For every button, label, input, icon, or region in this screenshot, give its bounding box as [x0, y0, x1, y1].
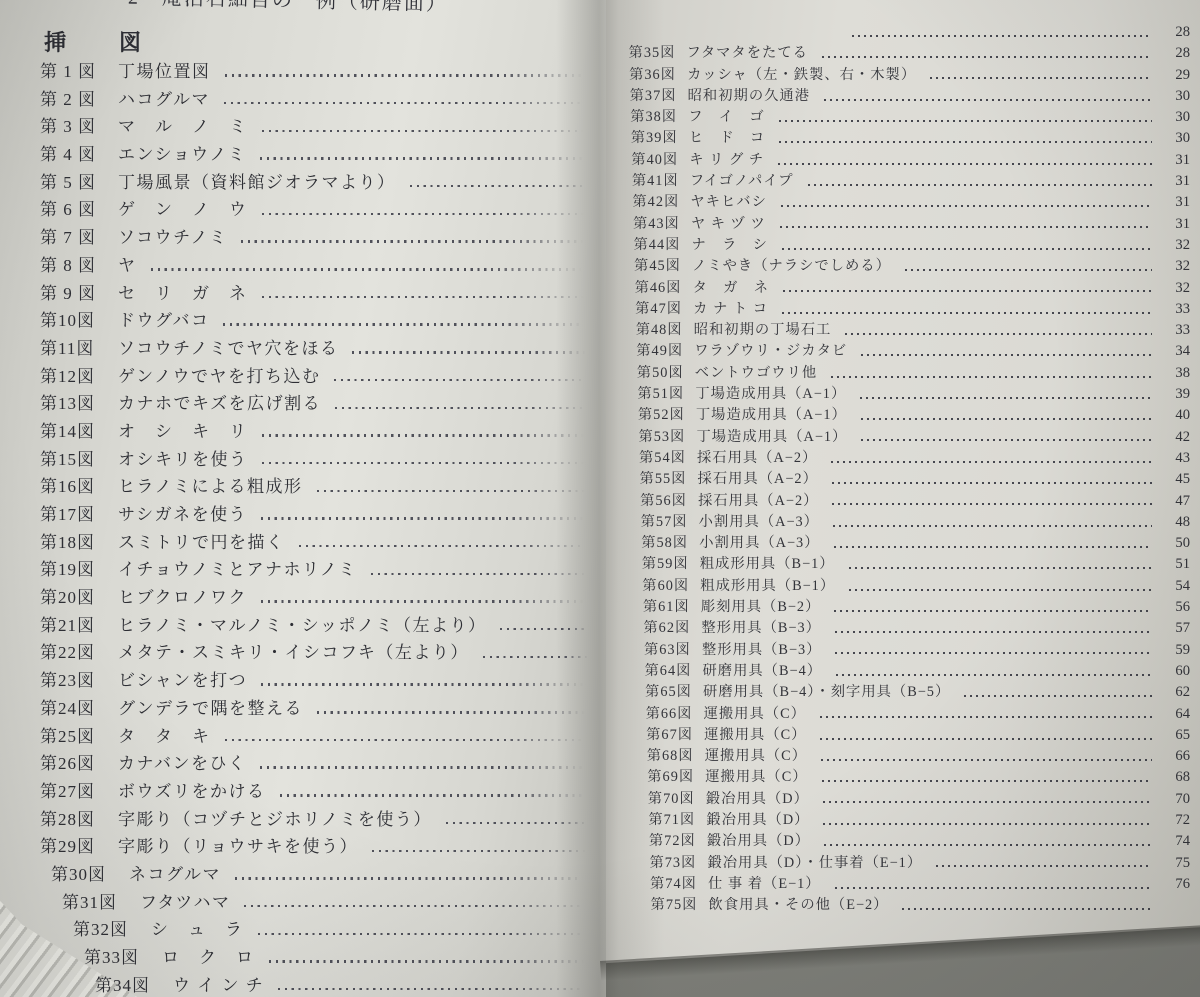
toc-row: 第72図鍛冶用具（D）74 [649, 831, 1190, 852]
toc-row: 第41図フイゴノパイプ31 [632, 171, 1190, 192]
page-number: 51 [1158, 554, 1190, 575]
dot-leader [280, 794, 591, 796]
figure-title: 小割用具（A−3） [699, 512, 825, 533]
page-number: 32 [1158, 256, 1190, 277]
dot-leader [372, 850, 590, 852]
toc-row: 第47図カ ナ ト コ33 [635, 299, 1190, 320]
dot-leader [861, 418, 1152, 420]
page-number: 72 [1158, 810, 1190, 831]
toc-row: 第23図ビシャンを打つ [40, 667, 596, 695]
figure-title: ヒラノミ・マルノミ・シッポノミ（左より） [118, 612, 492, 640]
page-number: 56 [1158, 597, 1190, 618]
toc-row: 第18図スミトリで円を描く [40, 529, 596, 557]
figure-number: 第52図 [638, 405, 696, 426]
figure-title: フ イ ゴ [688, 107, 770, 128]
page-number: 28 [1158, 22, 1190, 43]
toc-row: 第55図採石用具（A−2）45 [640, 469, 1190, 490]
dot-leader [902, 908, 1152, 910]
figure-number: 第 8 図 [40, 252, 118, 280]
figure-number: 第25図 [40, 723, 118, 751]
figure-title: スミトリで円を描く [118, 529, 291, 557]
toc-row: 第19図イチョウノミとアナホリノミ [40, 556, 596, 584]
dot-leader [299, 545, 591, 547]
figure-number: 第31図 [62, 889, 140, 917]
page-number: 30 [1158, 86, 1190, 107]
dot-leader [808, 184, 1153, 186]
figure-title: オシキリを使う [118, 446, 254, 474]
dot-leader [782, 248, 1152, 250]
figure-number: 第27図 [40, 778, 118, 806]
figure-number: 第 7 図 [40, 224, 118, 252]
figure-number: 第 5 図 [40, 169, 118, 197]
figure-title: 飲食用具・その他（E−2） [709, 895, 895, 916]
toc-row: 第 6 図ゲ ン ノ ウ [40, 196, 596, 224]
figure-title: メタテ・スミキリ・イシコフキ（左より） [118, 639, 475, 667]
dot-leader [849, 567, 1152, 569]
page-number: 60 [1158, 661, 1190, 682]
figure-title: ソコウチノミでヤ穴をほる [118, 335, 344, 363]
dot-leader [845, 333, 1152, 335]
figure-number: 第 4 図 [40, 141, 118, 169]
dot-leader [225, 739, 591, 741]
dot-leader [783, 290, 1152, 292]
figure-number: 第 9 図 [40, 280, 118, 308]
toc-row: 第64図研磨用具（B−4）60 [645, 661, 1191, 682]
page-number: 34 [1158, 341, 1190, 362]
figure-title: マ ル ノ ミ [118, 113, 254, 141]
figure-title: セ リ ガ ネ [118, 280, 254, 308]
dot-leader [483, 656, 590, 658]
figure-title: 粗成形用具（B−1） [700, 554, 841, 575]
toc-row: 第66図運搬用具（C）64 [646, 704, 1190, 725]
page-number: 48 [1158, 512, 1190, 533]
figure-number: 第73図 [649, 853, 707, 874]
page-number: 62 [1158, 682, 1190, 703]
dot-leader [261, 683, 590, 685]
figure-number: 第56図 [640, 491, 698, 512]
dot-leader [260, 766, 590, 768]
figure-title: エンショウノミ [118, 141, 252, 169]
dot-leader [235, 877, 590, 879]
figure-title: ヒブクロノワク [118, 584, 253, 612]
figure-number: 第36図 [629, 65, 687, 86]
dot-leader [260, 157, 590, 159]
toc-row: 第29図字彫り（リョウサキを使う） [40, 833, 596, 861]
toc-row: 第11図ソコウチノミでヤ穴をほる [40, 335, 596, 363]
page-number: 31 [1158, 171, 1190, 192]
page-number: 75 [1158, 853, 1190, 874]
figure-title: 採石用具（A−2） [698, 491, 824, 512]
figure-number: 第55図 [640, 469, 698, 490]
toc-row: 第52図丁場造成用具（A−1）40 [638, 405, 1190, 426]
page-number: 50 [1158, 533, 1190, 554]
page-number: 68 [1158, 767, 1190, 788]
dot-leader [262, 296, 591, 298]
toc-row: 第43図ヤ キ ヅ ツ31 [633, 214, 1190, 235]
book-photo: 2 庵治石細目の一例（研磨面） 挿 図 第 1 図丁場位置図第 2 図ハコグルマ… [0, 0, 1200, 997]
dot-leader [824, 99, 1152, 101]
figure-title: シ ュ ラ [151, 916, 250, 944]
figure-title: フタマタをたてる [687, 43, 814, 64]
figure-title: 丁場位置図 [118, 58, 217, 86]
dot-leader [262, 213, 591, 215]
figure-number: 第50図 [637, 363, 695, 384]
figure-number: 第74図 [650, 874, 708, 895]
toc-row: 第49図ワラゾウリ・ジカタビ34 [636, 341, 1190, 362]
figure-number: 第72図 [649, 831, 707, 852]
dot-leader [823, 801, 1152, 803]
figure-title: ヤ キ ヅ ツ [691, 214, 772, 235]
figure-number: 第32図 [73, 916, 151, 944]
toc-row: 第 1 図丁場位置図 [40, 58, 596, 86]
figure-number: 第63図 [644, 640, 702, 661]
figure-number: 第40図 [631, 150, 689, 171]
page-number: 45 [1158, 469, 1190, 490]
figure-number: 第51図 [637, 384, 695, 405]
figure-number: 第42図 [632, 192, 690, 213]
dot-leader [822, 56, 1152, 58]
toc-row: 第14図オ シ キ リ [40, 418, 596, 446]
figure-title: 整形用具（B−3） [702, 640, 828, 661]
page-number: 30 [1158, 107, 1190, 128]
page-number: 59 [1158, 640, 1190, 661]
figure-title: ベントウゴウリ他 [695, 363, 823, 384]
toc-row: 第75図飲食用具・その他（E−2） [651, 895, 1190, 916]
dot-leader [262, 130, 591, 132]
page-number: 57 [1158, 618, 1190, 639]
figure-number: 第44図 [634, 235, 692, 256]
figures-list-right: 28第35図フタマタをたてる28第36図カッシャ（左・鉄製、右・木製）29第37… [628, 22, 1190, 916]
figure-number: 第47図 [635, 299, 693, 320]
toc-row: 第30図ネコグルマ [51, 861, 596, 889]
toc-row: 第37図昭和初期の久通港30 [630, 86, 1190, 107]
toc-row: 第60図粗成形用具（B−1）54 [642, 576, 1190, 597]
page-number: 32 [1158, 278, 1190, 299]
toc-row: 28 [628, 22, 1190, 43]
figure-number: 第43図 [633, 214, 691, 235]
figure-number: 第60図 [642, 576, 700, 597]
figure-number: 第66図 [646, 704, 704, 725]
figure-number: 第59図 [642, 554, 700, 575]
toc-row: 第34図ウ イ ン チ [95, 972, 596, 997]
toc-row: 第32図シ ュ ラ [73, 916, 596, 944]
figure-number: 第 1 図 [40, 58, 118, 86]
toc-row: 第57図小割用具（A−3）48 [641, 512, 1190, 533]
toc-row: 第58図小割用具（A−3）50 [641, 533, 1190, 554]
page-number: 31 [1158, 150, 1190, 171]
page-number: 29 [1158, 65, 1190, 86]
toc-row: 第22図メタテ・スミキリ・イシコフキ（左より） [40, 639, 596, 667]
figure-title: 丁場造成用具（A−1） [696, 427, 853, 448]
figure-title: タ ガ ネ [693, 278, 775, 299]
page-number: 33 [1158, 299, 1190, 320]
toc-row: 第42図ヤキヒバシ31 [632, 192, 1190, 213]
page-number: 31 [1158, 192, 1190, 213]
dot-leader [258, 933, 591, 935]
toc-row: 第21図ヒラノミ・マルノミ・シッポノミ（左より） [40, 612, 596, 640]
page-number: 64 [1158, 704, 1190, 725]
figure-number: 第18図 [40, 529, 118, 557]
figure-title: 昭和初期の久通港 [688, 86, 816, 107]
dot-leader [836, 674, 1152, 676]
dot-leader [335, 407, 590, 409]
toc-row: 第56図採石用具（A−2）47 [640, 491, 1190, 512]
page-number: 32 [1158, 235, 1190, 256]
dot-leader [317, 711, 590, 713]
figure-title: 小割用具（A−3） [699, 533, 825, 554]
dot-leader [780, 226, 1152, 228]
dot-leader [860, 397, 1152, 399]
toc-row: 第10図ドウグバコ [40, 307, 596, 335]
toc-row: 第 3 図マ ル ノ ミ [40, 113, 596, 141]
toc-row: 第 7 図ソコウチノミ [40, 224, 596, 252]
figure-title: 運搬用具（C） [705, 746, 813, 767]
figure-number: 第15図 [40, 446, 118, 474]
dot-leader [225, 74, 591, 76]
figure-title: ボウズリをかける [118, 778, 272, 806]
figure-title: ヤ [118, 252, 143, 280]
toc-row: 第27図ボウズリをかける [40, 778, 596, 806]
figure-title: オ シ キ リ [118, 418, 254, 446]
figure-number: 第30図 [51, 861, 129, 889]
page-number: 70 [1158, 789, 1190, 810]
toc-row: 第35図フタマタをたてる28 [629, 43, 1190, 64]
dot-leader [446, 822, 590, 824]
figure-title: 昭和初期の丁場石工 [694, 320, 838, 341]
toc-row: 第51図丁場造成用具（A−1）39 [637, 384, 1190, 405]
toc-row: 第69図運搬用具（C）68 [647, 767, 1190, 788]
figure-title: 鍛冶用具（D） [707, 831, 816, 852]
figure-number: 第29図 [40, 833, 118, 861]
figure-number: 第62図 [643, 618, 701, 639]
toc-row: 第39図ヒ ド コ30 [631, 128, 1190, 149]
toc-row: 第62図整形用具（B−3）57 [643, 618, 1190, 639]
figure-number: 第57図 [641, 512, 699, 533]
figure-number: 第24図 [40, 695, 118, 723]
figure-number: 第48図 [636, 320, 694, 341]
toc-row: 第68図運搬用具（C）66 [647, 746, 1190, 767]
page-number: 76 [1158, 874, 1190, 895]
page-number: 65 [1158, 725, 1190, 746]
figure-title: タ タ キ [118, 723, 217, 751]
figure-number: 第64図 [645, 661, 703, 682]
figure-number: 第75図 [651, 895, 709, 916]
toc-row: 第65図研磨用具（B−4）・刻字用具（B−5）62 [645, 682, 1190, 703]
dot-leader [352, 351, 590, 353]
page-number: 43 [1158, 448, 1190, 469]
dot-leader [824, 844, 1152, 846]
figure-title: 研磨用具（B−4）・刻字用具（B−5） [703, 682, 956, 703]
dot-leader [820, 738, 1152, 740]
figure-number: 第39図 [631, 128, 689, 149]
figure-title: ソコウチノミ [118, 224, 233, 252]
dot-leader [852, 35, 1152, 37]
dot-leader [241, 240, 590, 242]
page-number: 42 [1158, 427, 1190, 448]
dot-leader [834, 610, 1152, 612]
figure-number: 第20図 [40, 584, 118, 612]
figure-title: 運搬用具（C） [704, 725, 812, 746]
toc-row: 第 8 図ヤ [40, 252, 596, 280]
dot-leader [223, 323, 590, 325]
figure-number: 第 3 図 [40, 113, 118, 141]
figure-number: 第65図 [645, 682, 703, 703]
figure-number: 第23図 [40, 667, 118, 695]
figure-number: 第69図 [647, 767, 705, 788]
toc-row: 第59図粗成形用具（B−1）51 [642, 554, 1190, 575]
dot-leader [317, 490, 591, 492]
figure-title: カナバンをひく [118, 750, 252, 778]
figure-title: 鍛冶用具（D）・仕事着（E−1） [707, 853, 928, 874]
figure-number: 第13図 [40, 390, 118, 418]
dot-leader [244, 905, 590, 907]
page-number: 54 [1158, 576, 1190, 597]
dot-leader [823, 823, 1152, 825]
toc-row: 第36図カッシャ（左・鉄製、右・木製）29 [629, 65, 1190, 86]
figure-title: フイゴノパイプ [690, 171, 800, 192]
figure-title: ゲ ン ノ ウ [118, 196, 254, 224]
figure-title: 研磨用具（B−4） [703, 661, 829, 682]
toc-row: 第26図カナバンをひく [40, 750, 596, 778]
toc-row: 第67図運搬用具（C）65 [646, 725, 1190, 746]
dot-leader [835, 631, 1152, 633]
toc-row: 第70図鍛冶用具（D）70 [648, 789, 1190, 810]
toc-row: 第71図鍛冶用具（D）72 [648, 810, 1190, 831]
figures-list-left: 第 1 図丁場位置図第 2 図ハコグルマ第 3 図マ ル ノ ミ第 4 図エンシ… [40, 58, 596, 997]
figure-number: 第35図 [629, 43, 687, 64]
dot-leader [278, 988, 590, 990]
toc-row: 第46図タ ガ ネ32 [635, 278, 1190, 299]
figure-title: ノミやき（ナラシでしめる） [692, 256, 897, 277]
dot-leader [849, 589, 1152, 591]
toc-row: 第50図ベントウゴウリ他38 [637, 363, 1190, 384]
dot-leader [261, 517, 590, 519]
figure-number: 第19図 [40, 556, 118, 584]
figure-number: 第17図 [40, 501, 118, 529]
toc-row: 第17図サシガネを使う [40, 501, 596, 529]
figure-title: カッシャ（左・鉄製、右・木製） [687, 65, 922, 86]
figure-number: 第70図 [648, 789, 706, 810]
figure-number: 第49図 [636, 341, 694, 362]
toc-row: 第53図丁場造成用具（A−1）42 [638, 427, 1190, 448]
dot-leader [778, 163, 1152, 165]
dot-leader [834, 546, 1152, 548]
dot-leader [831, 461, 1152, 463]
toc-row: 第20図ヒブクロノワク [40, 584, 596, 612]
toc-row: 第 5 図丁場風景（資料館ジオラマより） [40, 169, 596, 197]
figure-number: 第11図 [40, 335, 118, 363]
dot-leader [820, 716, 1152, 718]
dot-leader [930, 77, 1152, 79]
figure-number: 第 2 図 [40, 86, 118, 114]
page-number: 74 [1158, 831, 1190, 852]
figure-title: 粗成形用具（B−1） [700, 576, 841, 597]
figure-title: サシガネを使う [118, 501, 253, 529]
figure-title: 鍛冶用具（D） [706, 810, 815, 831]
figure-number: 第53図 [638, 427, 696, 448]
figure-number: 第14図 [40, 418, 118, 446]
toc-row: 第28図字彫り（コヅチとジホリノミを使う） [40, 806, 596, 834]
figure-number: 第58図 [641, 533, 699, 554]
figure-title: 丁場造成用具（A−1） [695, 384, 852, 405]
dot-leader [964, 695, 1152, 697]
page-number: 31 [1158, 214, 1190, 235]
figure-title: ヒラノミによる粗成形 [118, 473, 309, 501]
page-number: 40 [1158, 405, 1190, 426]
figure-title: 丁場造成用具（A−1） [696, 405, 853, 426]
figure-title: フタツハマ [140, 889, 236, 917]
toc-row: 第25図タ タ キ [40, 723, 596, 751]
figure-number: 第67図 [646, 725, 704, 746]
toc-row: 第33図ロ ク ロ [84, 944, 596, 972]
page-number: 66 [1158, 746, 1190, 767]
dot-leader [261, 600, 590, 602]
figure-title: 字彫り（コヅチとジホリノミを使う） [118, 806, 438, 834]
figures-section-title: 挿 図 [44, 26, 144, 57]
page-number: 38 [1158, 363, 1190, 384]
page-number: 33 [1158, 320, 1190, 341]
toc-row: 第13図カナホでキズを広げ割る [40, 390, 596, 418]
dot-leader [262, 462, 591, 464]
dot-leader [905, 269, 1152, 271]
page-number: 47 [1158, 491, 1190, 512]
dot-leader [269, 960, 591, 962]
page-number: 28 [1158, 43, 1190, 64]
figure-title: 字彫り（リョウサキを使う） [118, 833, 364, 861]
toc-row: 第 4 図エンショウノミ [40, 141, 596, 169]
toc-row: 第63図整形用具（B−3）59 [644, 640, 1190, 661]
toc-row: 第61図彫刻用具（B−2）56 [643, 597, 1190, 618]
figure-title: ビシャンを打つ [118, 667, 253, 695]
dot-leader [822, 780, 1152, 782]
toc-row: 第 9 図セ リ ガ ネ [40, 280, 596, 308]
toc-row: 第 2 図ハコグルマ [40, 86, 596, 114]
toc-row: 第24図グンデラで隅を整える [40, 695, 596, 723]
page-number: 30 [1158, 128, 1190, 149]
figure-number: 第10図 [40, 307, 118, 335]
figure-title: ドウグバコ [118, 307, 215, 335]
figure-number: 第12図 [40, 363, 118, 391]
figure-number: 第33図 [84, 944, 162, 972]
figure-title: 彫刻用具（B−2） [701, 597, 827, 618]
toc-row: 第44図ナ ラ シ32 [634, 235, 1191, 256]
dot-leader [334, 379, 590, 381]
dot-leader [821, 759, 1152, 761]
dot-leader [151, 268, 591, 270]
figure-title: キ リ グ チ [689, 150, 770, 171]
dot-leader [833, 525, 1152, 527]
figure-number: 第61図 [643, 597, 701, 618]
dot-leader [832, 503, 1152, 505]
figure-title: ロ ク ロ [162, 944, 261, 972]
toc-row: 第38図フ イ ゴ30 [630, 107, 1190, 128]
figure-title: ハコグルマ [118, 86, 216, 114]
dot-leader [781, 205, 1152, 207]
dot-leader [410, 185, 591, 187]
toc-row: 第16図ヒラノミによる粗成形 [40, 473, 596, 501]
dot-leader [224, 102, 590, 104]
figure-title: カ ナ ト コ [693, 299, 774, 320]
figure-title: グンデラで隅を整える [118, 695, 309, 723]
figure-number: 第26図 [40, 750, 118, 778]
dot-leader [371, 573, 590, 575]
figure-title: 丁場風景（資料館ジオラマより） [118, 169, 402, 197]
dot-leader [936, 865, 1152, 867]
figure-title: 運搬用具（C） [704, 704, 812, 725]
figure-title: 鍛冶用具（D） [706, 789, 815, 810]
figure-title: ヒ ド コ [689, 128, 771, 149]
figure-title: カナホでキズを広げ割る [118, 390, 327, 418]
